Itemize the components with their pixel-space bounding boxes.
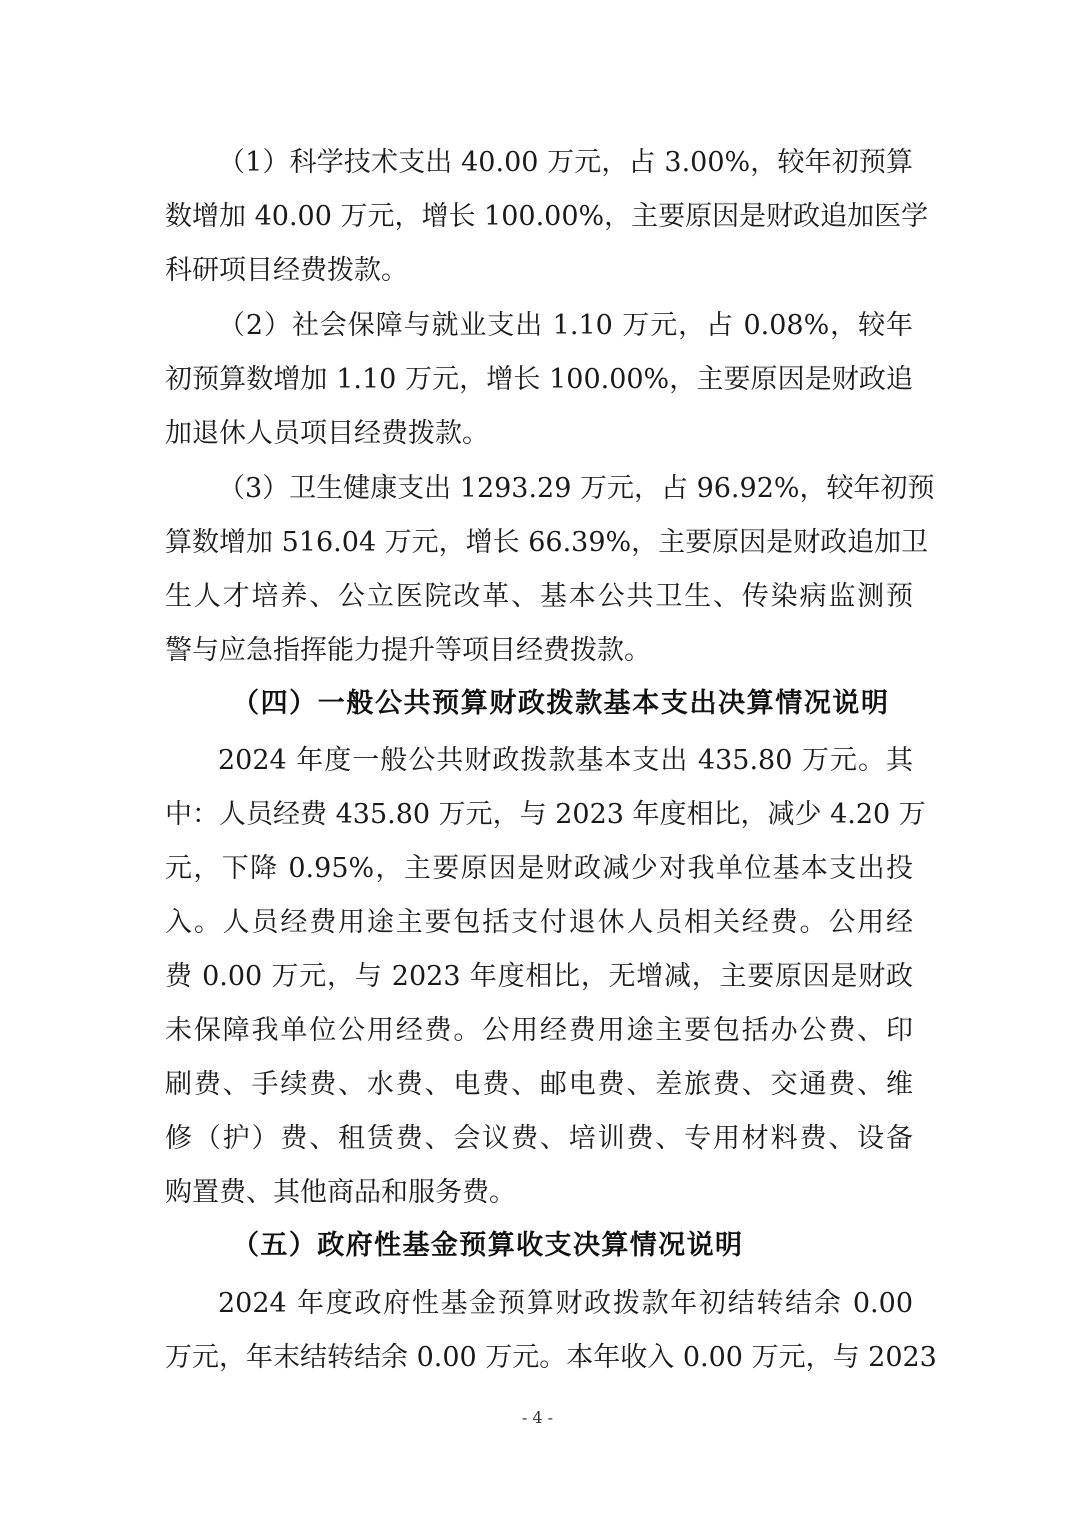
paragraph-line: （2）社会保障与就业支出 1.10 万元，占 0.08%，较年 [218, 306, 913, 346]
paragraph-line: 加退休人员项目经费拨款。 [165, 414, 913, 454]
paragraph-line: 万元，年末结转结余 0.00 万元。本年收入 0.00 万元，与 2023 [165, 1338, 913, 1378]
paragraph-line: 未保障我单位公用经费。公用经费用途主要包括办公费、印 [165, 1011, 913, 1051]
paragraph-line: 刷费、手续费、水费、电费、邮电费、差旅费、交通费、维 [165, 1065, 913, 1105]
section-heading-5: （五）政府性基金预算收支决算情况说明 [232, 1226, 742, 1266]
paragraph-line: （1）科学技术支出 40.00 万元，占 3.00%，较年初预算 [218, 143, 913, 183]
paragraph-line: 2024 年度一般公共财政拨款基本支出 435.80 万元。其 [218, 741, 913, 781]
paragraph-line: 生人才培养、公立医院改革、基本公共卫生、传染病监测预 [165, 577, 913, 617]
paragraph-line: 初预算数增加 1.10 万元，增长 100.00%，主要原因是财政追 [165, 360, 913, 400]
paragraph-line: 修（护）费、租赁费、会议费、培训费、专用材料费、设备 [165, 1119, 913, 1159]
paragraph-line: 中：人员经费 435.80 万元，与 2023 年度相比，减少 4.20 万 [165, 795, 913, 835]
paragraph-line: 元，下降 0.95%，主要原因是财政减少对我单位基本支出投 [165, 849, 913, 889]
paragraph-line: 科研项目经费拨款。 [165, 251, 913, 291]
paragraph-line: 费 0.00 万元，与 2023 年度相比，无增减，主要原因是财政 [165, 957, 913, 997]
paragraph-line: 数增加 40.00 万元，增长 100.00%，主要原因是财政追加医学 [165, 197, 913, 237]
paragraph-line: 购置费、其他商品和服务费。 [165, 1173, 913, 1213]
page-number: - 4 - [0, 1408, 1075, 1428]
paragraph-line: 算数增加 516.04 万元，增长 66.39%，主要原因是财政追加卫 [165, 523, 913, 563]
section-heading-4: （四）一般公共预算财政拨款基本支出决算情况说明 [232, 684, 888, 724]
paragraph-line: （3）卫生健康支出 1293.29 万元，占 96.92%，较年初预 [218, 469, 913, 509]
paragraph-line: 入。人员经费用途主要包括支付退休人员相关经费。公用经 [165, 903, 913, 943]
paragraph-line: 警与应急指挥能力提升等项目经费拨款。 [165, 631, 913, 671]
document-page: （1）科学技术支出 40.00 万元，占 3.00%，较年初预算 数增加 40.… [0, 0, 1075, 1520]
paragraph-line: 2024 年度政府性基金预算财政拨款年初结转结余 0.00 [218, 1284, 913, 1324]
